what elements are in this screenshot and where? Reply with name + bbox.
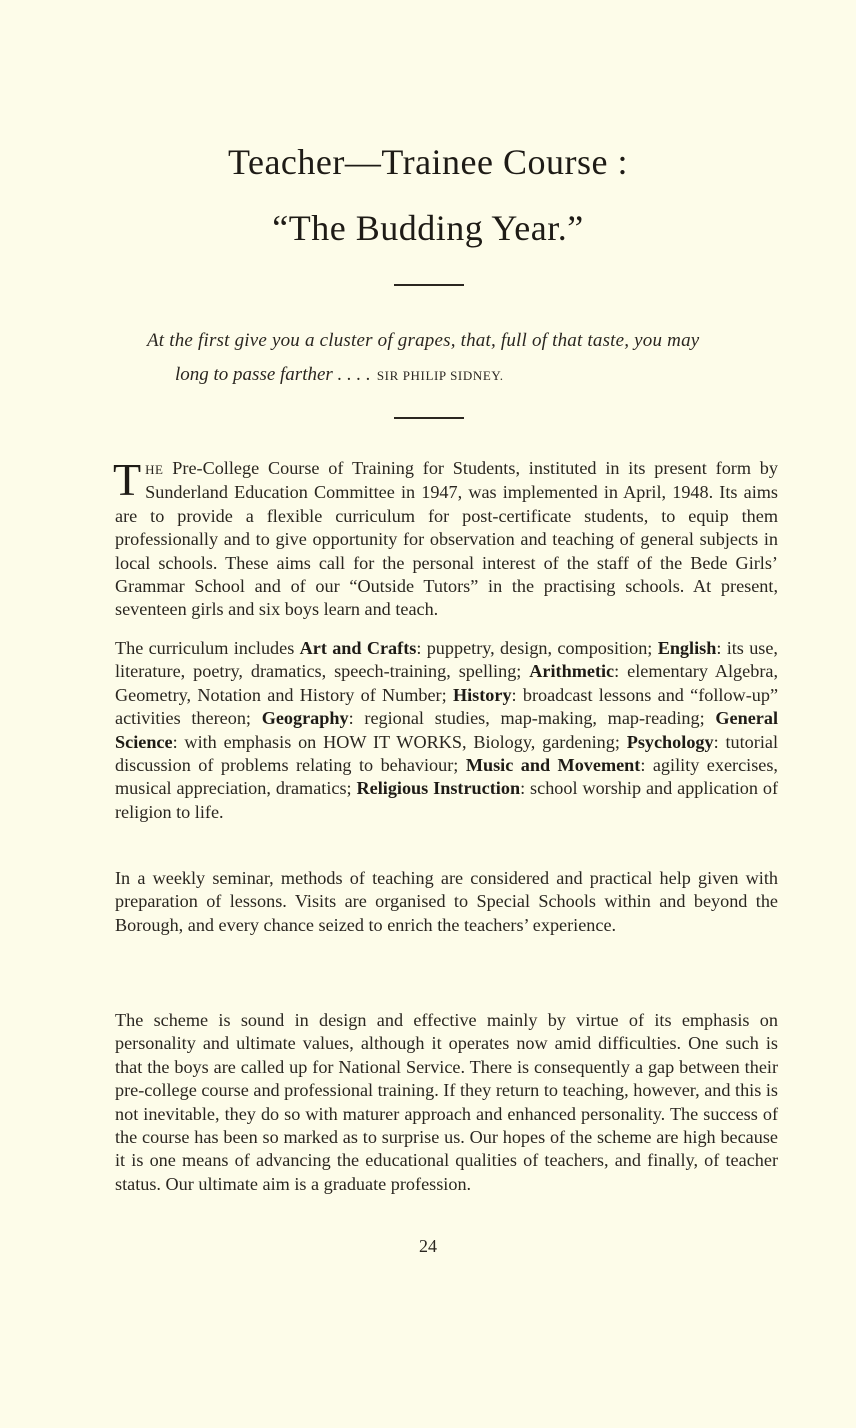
subject-name: Music and Movement (466, 755, 641, 775)
small-caps-lead: HE (145, 462, 163, 477)
paragraph-seminar: In a weekly seminar, methods of teaching… (115, 867, 778, 937)
paragraph-introduction: THE Pre-College Course of Training for S… (115, 457, 778, 622)
epigraph-line-1: At the first give you a cluster of grape… (147, 330, 699, 352)
paragraph-curriculum: The curriculum includes Art and Crafts: … (115, 637, 778, 824)
subject-name: Religious Instruction (357, 778, 521, 798)
subject-desc: : regional studies, map-making, map-read… (349, 708, 716, 728)
subject-name: Psychology (627, 732, 714, 752)
subject-desc: : puppetry, design, composition; (416, 638, 657, 658)
curriculum-intro: The curriculum includes (115, 638, 300, 658)
drop-cap: T (113, 460, 141, 500)
page-number: 24 (0, 1236, 856, 1257)
page-title-line-1: Teacher—Trainee Course : (0, 141, 856, 183)
paragraph-scheme: The scheme is sound in design and effect… (115, 1009, 778, 1196)
subject-name: History (453, 685, 512, 705)
epigraph-attribution: SIR PHILIP SIDNEY. (377, 368, 504, 383)
paragraph-introduction-text: Pre-College Course of Training for Stude… (115, 458, 778, 619)
epigraph-line-2: long to passe farther . . . .SIR PHILIP … (175, 364, 504, 386)
document-page: Teacher—Trainee Course : “The Budding Ye… (0, 0, 856, 1428)
subject-name: English (658, 638, 717, 658)
subject-desc: : with emphasis on HOW IT WORKS, Biology… (173, 732, 627, 752)
epigraph-divider (394, 417, 464, 419)
title-divider (394, 284, 464, 286)
epigraph-line-2-text: long to passe farther . . . . (175, 364, 371, 385)
subject-name: Geography (262, 708, 349, 728)
subject-name: Arithmetic (529, 661, 614, 681)
page-title-line-2: “The Budding Year.” (0, 207, 856, 249)
subject-name: Art and Crafts (300, 638, 417, 658)
